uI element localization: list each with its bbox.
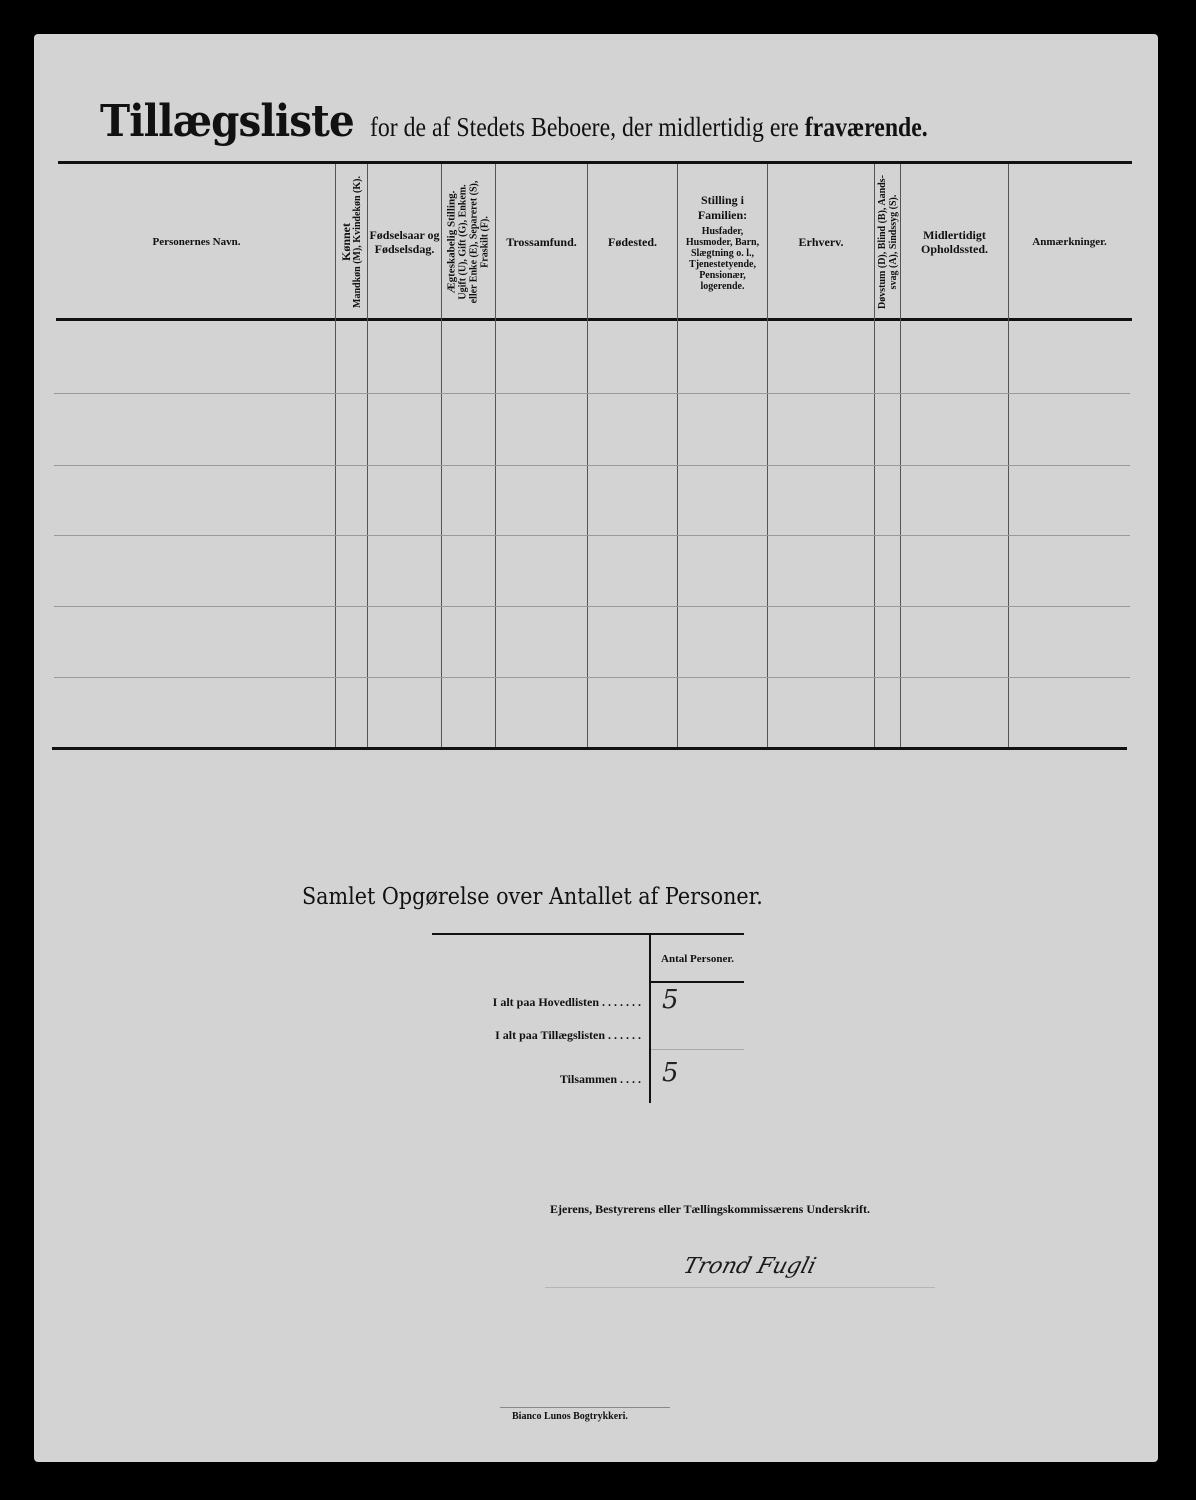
header-marital-line3: eller Enke (E), Separeret (S),	[469, 181, 480, 304]
signature-label: Ejerens, Bestyrerens eller Tællingskommi…	[550, 1202, 870, 1217]
summary-header-rule	[651, 981, 744, 983]
table-bottom-rule	[52, 747, 1127, 750]
header-sex-detail: Mandkøn (M), Kvindekøn (K).	[352, 176, 363, 308]
header-marital-line4: Fraskilt (F).	[480, 181, 491, 304]
summary-value-tilsammen: 5	[662, 1058, 679, 1088]
printer-rule	[500, 1407, 670, 1408]
header-sex: KønnetMandkøn (M), Kvindekøn (K).	[336, 166, 367, 318]
printer-imprint: Bianco Lunos Bogtrykkeri.	[512, 1411, 628, 1422]
header-birth: Fødselsaar og Fødselsdag.	[368, 166, 441, 318]
header-family-detail: Husfader, Husmoder, Barn, Slægtning o. l…	[678, 226, 767, 292]
signature-line	[545, 1287, 935, 1288]
subtitle-text: for de af Stedets Beboere, der midlertid…	[370, 112, 805, 142]
header-disability-line2: svag (A), Sindssyg (S).	[888, 175, 899, 309]
header-temp-residence: Midlertidigt Opholdssted.	[901, 166, 1008, 318]
row-divider	[54, 677, 1130, 678]
header-occupation: Erhverv.	[768, 166, 874, 318]
summary-label-hovedlisten: I alt paa Hovedlisten . . . . . . .	[493, 995, 641, 1010]
row-divider	[54, 535, 1130, 536]
signature-value: Trond Fugli	[681, 1254, 819, 1279]
form-title: Tillægsliste	[100, 96, 354, 147]
header-disability: Døvstum (D), Blind (B), Aands-svag (A), …	[875, 166, 900, 318]
header-disability-line1: Døvstum (D), Blind (B), Aands-	[877, 175, 888, 309]
header-name: Personernes Navn.	[58, 166, 335, 318]
summary-column-header: Antal Personer.	[651, 940, 744, 978]
header-bottom-rule	[56, 318, 1132, 321]
summary-top-rule	[432, 933, 744, 935]
header-sex-title: Kønnet	[341, 176, 352, 308]
header-religion: Trossamfund.	[496, 166, 587, 318]
row-divider	[54, 393, 1130, 394]
row-divider	[54, 465, 1130, 466]
summary-value-hovedlisten: 5	[662, 985, 679, 1015]
table-top-rule	[58, 161, 1132, 164]
summary-label-tilsammen: Tilsammen . . . .	[560, 1072, 641, 1087]
row-divider	[54, 606, 1130, 607]
summary-row-rule	[651, 1049, 744, 1050]
summary-title: Samlet Opgørelse over Antallet af Person…	[302, 884, 763, 910]
subtitle-bold-text: fraværende.	[805, 112, 928, 142]
form-subtitle: for de af Stedets Beboere, der midlertid…	[370, 112, 928, 143]
header-marital-line2: Ugift (U), Gift (G), Enkem.	[458, 181, 469, 304]
header-marital-title: Ægteskabelig Stilling.	[447, 181, 458, 304]
header-family-title: Stilling i Familien:	[678, 193, 767, 223]
header-sex-label: KønnetMandkøn (M), Kvindekøn (K).	[341, 176, 363, 308]
header-marital-label: Ægteskabelig Stilling.Ugift (U), Gift (G…	[447, 181, 491, 304]
header-family-position: Stilling i Familien: Husfader, Husmoder,…	[678, 166, 767, 318]
header-remarks: Anmærkninger.	[1009, 166, 1130, 318]
header-marital: Ægteskabelig Stilling.Ugift (U), Gift (G…	[442, 166, 495, 318]
header-disability-label: Døvstum (D), Blind (B), Aands-svag (A), …	[877, 175, 899, 309]
summary-label-tillaegslisten: I alt paa Tillægslisten . . . . . .	[495, 1028, 641, 1043]
header-birthplace: Fødested.	[588, 166, 677, 318]
